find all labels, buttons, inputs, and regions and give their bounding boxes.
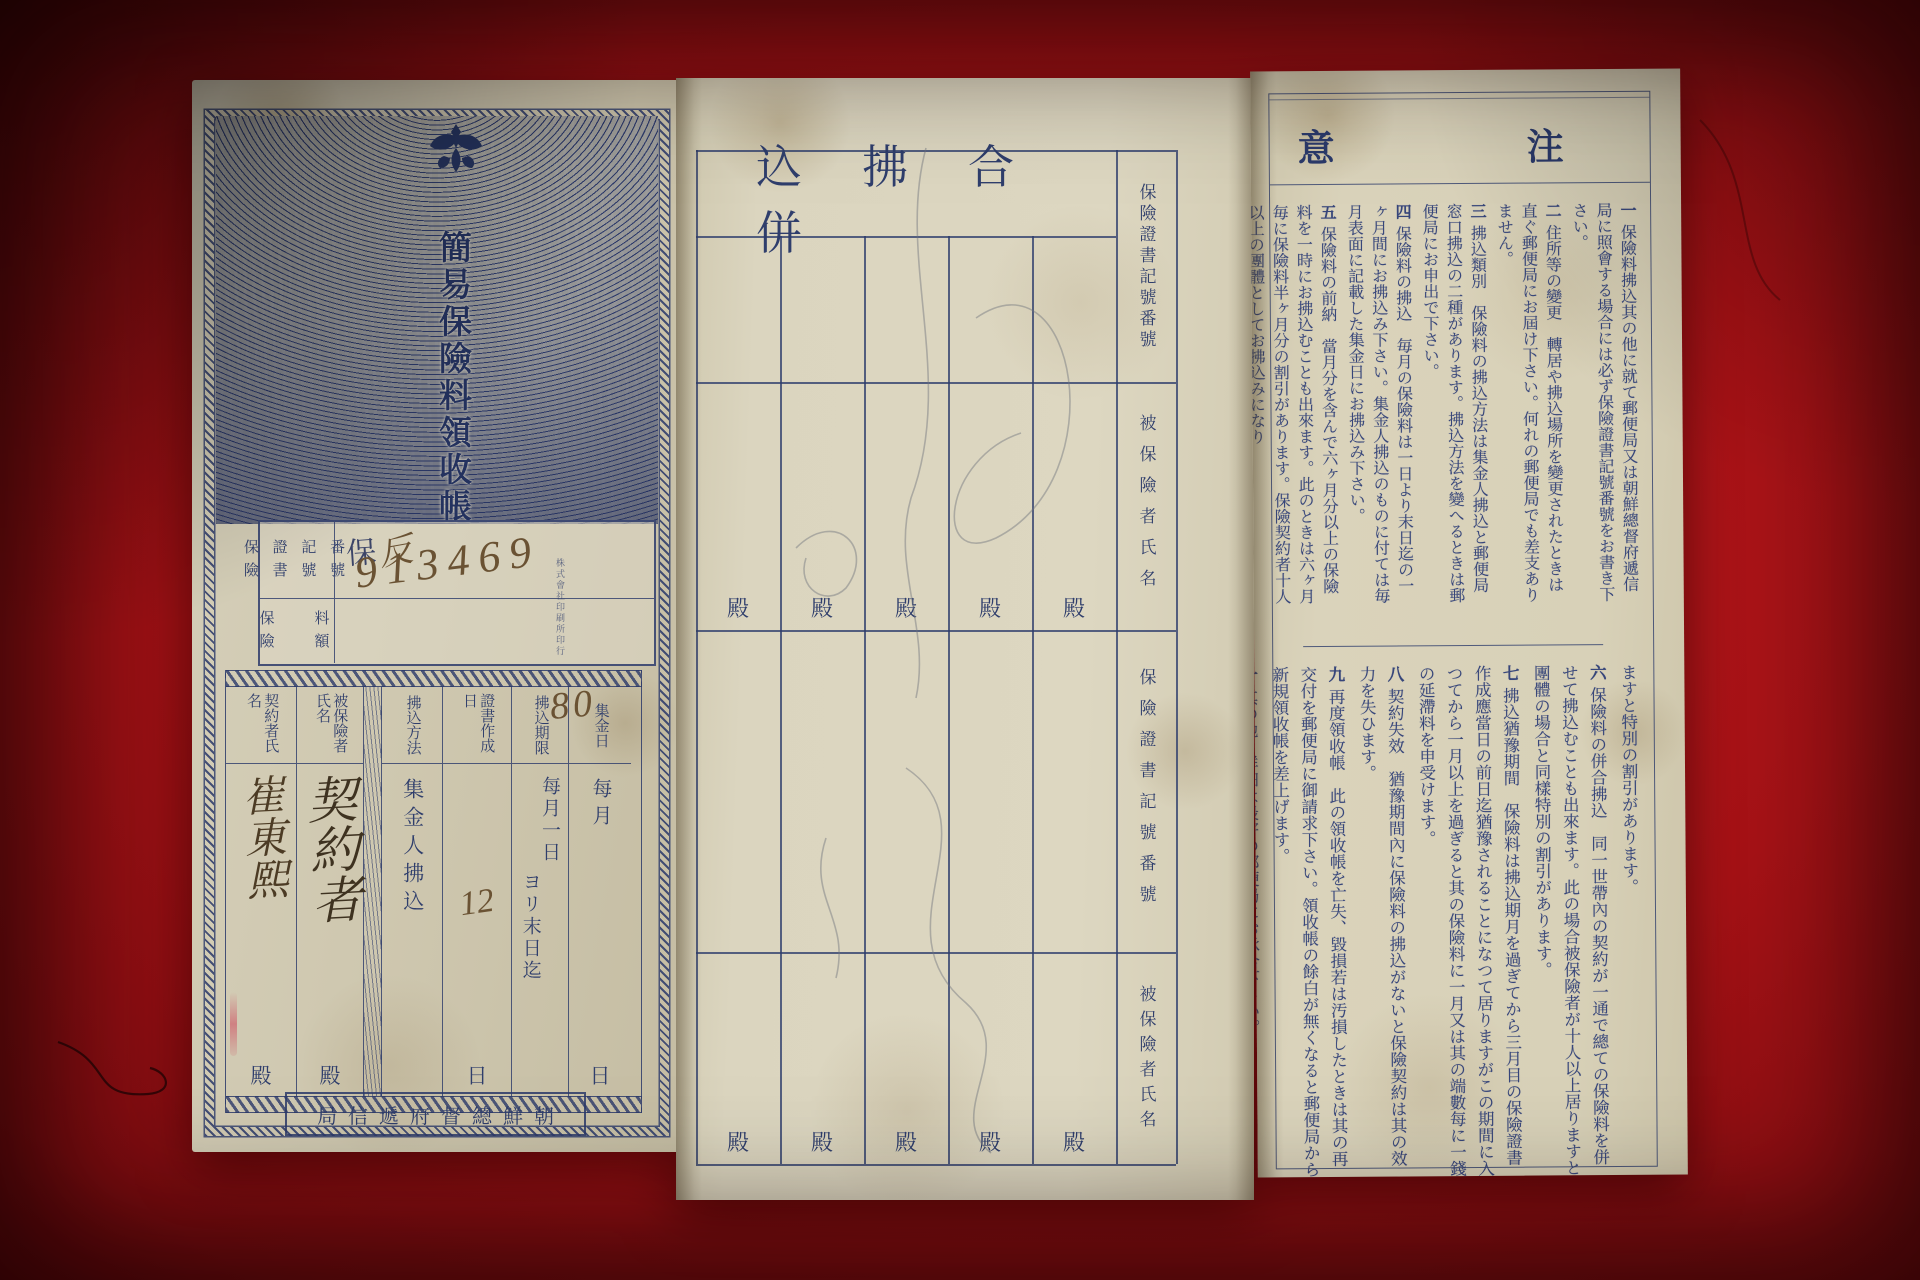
- notice-title-char-right: 注: [1526, 116, 1563, 170]
- notice-clause-3: 三拂込類別 保險料の拂込方法は集金人拂込と郵便局窓口拂込の二種があります。拂込方…: [1416, 203, 1491, 607]
- contractor-header: 契約者氏名: [244, 693, 279, 757]
- grid-line: [696, 952, 1176, 954]
- grid-line: [1032, 236, 1034, 1164]
- premium-label-line2: 險 額: [260, 631, 335, 654]
- honorific-dono: 殿: [251, 1060, 272, 1090]
- clause-text: 拂込類別 保險料の拂込方法は集金人拂込と郵便局窓口拂込の二種があります。拂込方法…: [1420, 203, 1488, 603]
- grid-line: [696, 150, 1176, 152]
- handwritten-insured-name: 契約者: [292, 772, 367, 925]
- notice-clause-7: 七拂込猶豫期間 保險料は拂込期月を過ぎてから三月目の保險證書作成應當日の前日迄猶…: [1411, 665, 1527, 1178]
- receipt-booklet-document: 簡易保險料領收帳 保 證 記 番 險 書 號 號 保 反 913469 保 料 …: [185, 58, 1690, 1208]
- combined-payment-title: 込拂合併: [696, 158, 1176, 236]
- collection-day-header: 集金日: [591, 703, 608, 748]
- notice-clause-5-continuation: ますと特別の割引があります。: [1613, 664, 1645, 1176]
- clause-text: 住所等の變更 轉居や拂込場所を變更されたときは直ぐ郵便局にお屆け下さい。何れの郵…: [1495, 203, 1563, 603]
- notice-clause-8: 八契約失效 猶豫期間內に保險料の拂込がないと保險契約は其の效力を失ひます。: [1352, 665, 1412, 1177]
- hatched-border-top: [225, 670, 642, 687]
- honorific-dono: 殿: [1032, 592, 1116, 623]
- notice-header: 注 意: [1269, 92, 1650, 186]
- contractor-column: 契約者氏名 崔東熙 殿: [226, 687, 297, 1096]
- notice-clause-1: 一保險料拂込其の他に就て郵便局又は朝鮮總督府遞信局に照會する場合には必ず保險證書…: [1566, 202, 1641, 606]
- issuer-banner: 局信遞府督總鮮朝: [285, 1092, 586, 1136]
- fold-shadow: [1228, 78, 1254, 1200]
- payment-method-header: 拂込方法: [403, 695, 420, 755]
- cert-date-column: 證書作成日 12 日: [443, 687, 512, 1096]
- grid-line: [948, 236, 950, 1164]
- clause-text: 保險料の併合拂込 同一世帶內の契約が一通で總ての保險料を併せて拂込むことも出來ま…: [1531, 664, 1610, 1176]
- honorific-dono: 殿: [948, 592, 1032, 623]
- payment-method-column: 拂込方法 集金人拂込: [382, 687, 443, 1096]
- insured-header: 被保險者氏名: [313, 693, 348, 757]
- notice-clause-2: 二住所等の變更 轉居や拂込場所を變更されたときは直ぐ郵便局にお屆け下さい。何れの…: [1491, 202, 1566, 606]
- grid-line: [696, 236, 1116, 238]
- clause-number: 九: [1326, 666, 1345, 683]
- notice-clause-4: 四保險料の拂込 毎月の保險料は一日より末日迄の一ヶ月間にお拂込み下さい。集金人拂…: [1341, 203, 1416, 607]
- clause-text: 契約失效 猶豫期間內に保險料の拂込がないと保險契約は其の效力を失ひます。: [1357, 666, 1408, 1167]
- premium-amount-row: 保 料 險 額 80: [260, 599, 654, 663]
- insured-name-label: 被保險者氏名: [1116, 394, 1176, 620]
- honorific-dono: 殿: [1032, 1126, 1116, 1157]
- grid-line: [696, 382, 1176, 384]
- wavy-divider: [364, 687, 382, 1096]
- premium-label-line1: 保 料: [260, 608, 335, 631]
- deadline-part2: ヨリ末日迄: [518, 872, 541, 982]
- grid-line: [780, 236, 782, 1164]
- clause-number: 四: [1393, 203, 1410, 219]
- notice-upper-clauses: 一保險料拂込其の他に就て郵便局又は朝鮮總督府遞信局に照會する場合には必ず保險證書…: [1282, 202, 1641, 608]
- grid-line: [1176, 150, 1178, 1164]
- grid-line: [696, 1164, 1176, 1166]
- cert-label-line1: 保 證 記 番: [244, 537, 350, 560]
- honorific-dono: 殿: [780, 592, 864, 623]
- collection-day-unit: 日: [590, 1060, 611, 1090]
- clause-number: 六: [1587, 664, 1606, 681]
- cert-number-label: 保 證 記 番 險 書 號 號: [260, 522, 335, 598]
- honorific-dono: 殿: [780, 1126, 864, 1157]
- grid-line: [696, 630, 1176, 632]
- red-ink-smudge: [230, 992, 237, 1056]
- notice-panel: 注 意 一保險料拂込其の他に就て郵便局又は朝鮮總督府遞信局に照會する場合には必ず…: [1250, 69, 1688, 1178]
- premium-amount-label: 保 料 險 額: [260, 599, 335, 663]
- honorific-dono: 殿: [696, 1126, 780, 1157]
- deadline-header: 拂込期限: [531, 695, 548, 755]
- honorific-dono: 殿: [864, 592, 948, 623]
- combined-payment-panel: 込拂合併 保險證書記號番號 被保險者氏名 保險證書記號番號 被保險者氏名 殿 殿…: [676, 78, 1254, 1200]
- cert-number-label: 保險證書記號番號: [1116, 644, 1176, 940]
- payment-method-value: 集金人拂込: [396, 778, 428, 918]
- collection-day-prefix: 每月: [585, 778, 615, 832]
- cert-date-header: 證書作成日: [460, 693, 495, 757]
- insured-name-label: 被保險者氏名: [1116, 966, 1176, 1154]
- printer-imprint: 株式會社印刷所印行: [554, 558, 567, 888]
- notice-section-divider: [1303, 644, 1603, 647]
- notice-lower-clauses: ますと特別の割引があります。 六保險料の併合拂込 同一世帶內の契約が一通で總ての…: [1285, 664, 1645, 1178]
- honorific-dono: 殿: [948, 1126, 1032, 1157]
- clause-text: 保險料拂込其の他に就て郵便局又は朝鮮總督府遞信局に照會する場合には必ず保險證書記…: [1570, 202, 1638, 602]
- cover-panel: 簡易保險料領收帳 保 證 記 番 險 書 號 號 保 反 913469 保 料 …: [192, 80, 684, 1152]
- cert-number-row: 保 證 記 番 險 書 號 號 保 反 913469: [260, 522, 654, 599]
- clause-number: 三: [1468, 203, 1485, 219]
- fold-shadow: [676, 78, 702, 1200]
- honorific-dono: 殿: [864, 1126, 948, 1157]
- cert-number-label: 保險證書記號番號: [1116, 162, 1176, 372]
- honorific-dono: 殿: [696, 592, 780, 623]
- collection-day-column: 集金日 每月 日: [569, 687, 631, 1096]
- notice-title-char-left: 意: [1297, 118, 1334, 172]
- handwritten-contractor-name: 崔東熙: [225, 772, 297, 901]
- clause-number: 一: [1618, 202, 1635, 218]
- handwritten-date-12: 12: [458, 882, 497, 924]
- day-unit: 日: [467, 1060, 488, 1090]
- insured-column: 被保險者氏名 契約者 殿: [297, 687, 364, 1096]
- notice-clause-6: 六保險料の併合拂込 同一世帶內の契約が一通で總ての保險料を併せて拂込むことも出來…: [1526, 664, 1614, 1177]
- notice-border-box: 注 意 一保險料拂込其の他に就て郵便局又は朝鮮總督府遞信局に照會する場合には必ず…: [1268, 91, 1658, 1170]
- policy-number-box: 保 證 記 番 險 書 號 號 保 反 913469 保 料 險 額 80: [258, 520, 656, 666]
- grid-line: [864, 236, 866, 1164]
- clause-text: ますと特別の割引があります。: [1618, 664, 1639, 895]
- honorific-dono: 殿: [320, 1060, 341, 1090]
- clause-number: 七: [1500, 665, 1519, 682]
- paulownia-crest-icon: [424, 122, 488, 178]
- clause-text: 保險料の拂込 毎月の保險料は一日より末日迄の一ヶ月間にお拂込み下さい。集金人拂込…: [1345, 204, 1413, 604]
- clause-number: 五: [1318, 204, 1335, 220]
- photo-of-receipt-booklet: 簡易保險料領收帳 保 證 記 番 險 書 號 號 保 反 913469 保 料 …: [0, 0, 1920, 1280]
- clause-number: 二: [1543, 202, 1560, 218]
- booklet-title: 簡易保險料領收帳: [428, 230, 476, 530]
- cert-label-line2: 險 書 號 號: [244, 560, 350, 583]
- cover-detail-table: 契約者氏名 崔東熙 殿 被保險者氏名 契約者 殿: [225, 670, 642, 1113]
- clause-text: 拂込猶豫期間 保險料は拂込期月を過ぎてから三月目の保險證書作成應當日の前日迄猶豫…: [1416, 665, 1523, 1177]
- clause-number: 八: [1385, 665, 1404, 682]
